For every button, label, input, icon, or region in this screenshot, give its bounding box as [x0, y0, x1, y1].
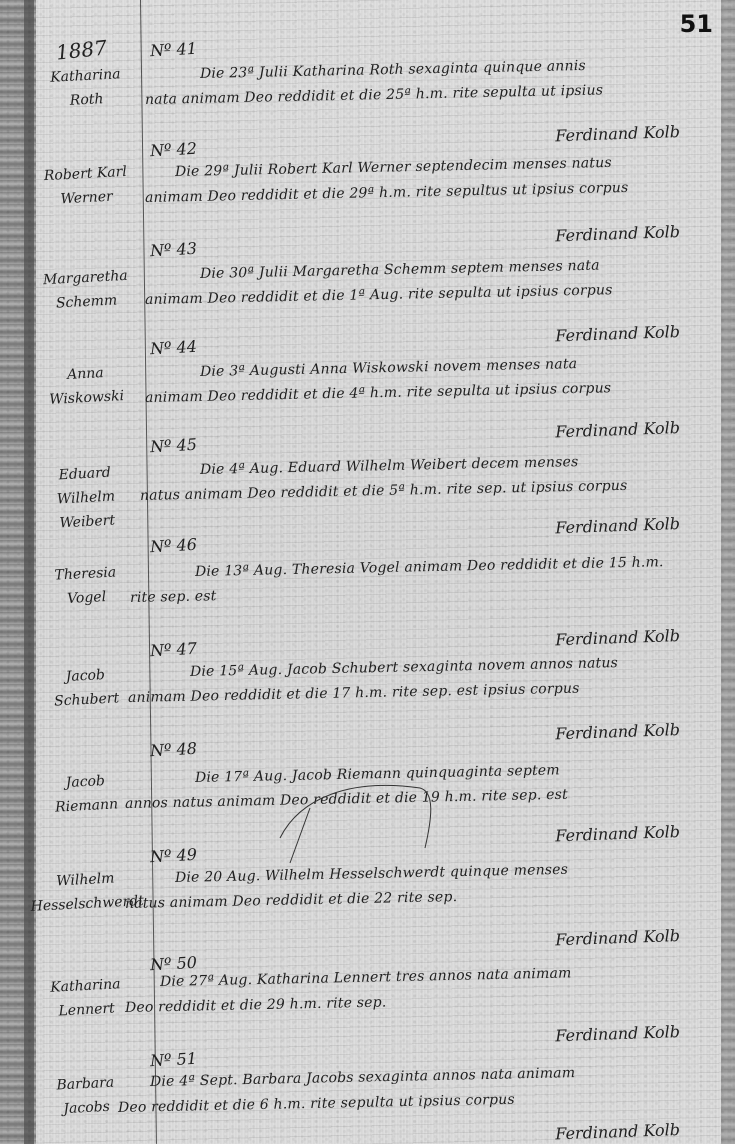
priest-signature: Ferdinand Kolb — [450, 1120, 681, 1144]
entry-margin-name: Katharina Lennert — [29, 971, 143, 1025]
entry-text-line: annos natus animam Deo reddidit et die 1… — [125, 787, 568, 812]
surname: Schubert — [30, 685, 143, 715]
page-number: 51 — [680, 10, 713, 38]
entry-margin-name: Eduard Wilhelm Weibert — [28, 459, 144, 537]
entry-margin-name: Jacob Riemann — [29, 767, 143, 821]
entry-margin-name: Katharina Roth — [29, 61, 143, 115]
entry-number: Nº 42 — [150, 139, 198, 160]
entry-margin-name: Theresia Vogel — [29, 559, 143, 613]
priest-signature: Ferdinand Kolb — [450, 1022, 681, 1049]
surname: Vogel — [30, 583, 143, 613]
page-right-edge — [721, 0, 735, 1144]
entry-margin-name: Anna Wiskowski — [29, 359, 143, 413]
entry-text-line: animam Deo reddidit et die 1ª Aug. rite … — [145, 282, 613, 308]
surname: Roth — [30, 85, 143, 115]
entry-margin-name: Robert Karl Werner — [29, 159, 143, 213]
priest-signature: Ferdinand Kolb — [450, 418, 681, 445]
entry-number: Nº 43 — [150, 239, 198, 260]
entry-text-line: Die 15ª Aug. Jacob Schubert sexaginta no… — [190, 655, 618, 680]
entry-text-line: Die 27ª Aug. Katharina Lennert tres anno… — [160, 965, 572, 990]
priest-signature: Ferdinand Kolb — [450, 626, 681, 653]
entry-number: Nº 45 — [150, 435, 198, 456]
entry-text-line: Die 4ª Aug. Eduard Wilhelm Weibert decem… — [200, 454, 579, 478]
entry-margin-name: Jacob Schubert — [29, 661, 143, 715]
entry-text-line: Die 3ª Augusti Anna Wiskowski novem mens… — [200, 356, 578, 380]
entry-text-line: Die 20 Aug. Wilhelm Hesselschwerdt quinq… — [175, 862, 568, 886]
priest-signature: Ferdinand Kolb — [450, 514, 681, 541]
register-year: 1887 — [55, 35, 108, 64]
entry-number: Nº 50 — [150, 953, 198, 974]
entry-text-line: natus animam Deo reddidit et die 22 rite… — [125, 889, 458, 912]
surname: Weibert — [31, 507, 144, 537]
priest-signature: Ferdinand Kolb — [450, 822, 681, 849]
entry-text-line: nata animam Deo reddidit et die 25ª h.m.… — [145, 82, 603, 108]
priest-signature: Ferdinand Kolb — [450, 322, 681, 349]
entry-text-line: animam Deo reddidit et die 17 h.m. rite … — [128, 681, 580, 706]
entry-text-line: Die 13ª Aug. Theresia Vogel animam Deo r… — [195, 554, 664, 580]
entry-text-line: Deo reddidit et die 6 h.m. rite sepulta … — [118, 1092, 515, 1116]
priest-signature: Ferdinand Kolb — [450, 926, 681, 953]
entry-text-line: rite sep. est — [130, 588, 217, 606]
entry-margin-name: Margaretha Schemm — [29, 263, 143, 317]
priest-signature: Ferdinand Kolb — [450, 222, 681, 249]
entry-text-line: Die 29ª Julii Robert Karl Werner septend… — [175, 155, 612, 180]
surname: Wiskowski — [30, 383, 143, 413]
entry-text-line: natus animam Deo reddidit et die 5ª h.m.… — [140, 478, 628, 504]
entry-number: Nº 49 — [150, 845, 198, 866]
entry-text-line: Die 4ª Sept. Barbara Jacobs sexaginta an… — [150, 1065, 576, 1090]
entry-text-line: animam Deo reddidit et die 29ª h.m. rite… — [145, 180, 629, 206]
priest-signature: Ferdinand Kolb — [450, 720, 681, 747]
entry-number: Nº 46 — [150, 535, 198, 556]
given-name: Eduard Wilhelm — [28, 459, 142, 513]
entry-text-line: animam Deo reddidit et die 4ª h.m. rite … — [145, 380, 612, 406]
entry-text-line: Die 17ª Aug. Jacob Riemann quinquaginta … — [195, 762, 560, 786]
entry-text-line: Die 23ª Julii Katharina Roth sexaginta q… — [200, 58, 586, 82]
entry-text-line: Deo reddidit et die 29 h.m. rite sep. — [125, 995, 387, 1016]
entry-number: Nº 44 — [150, 337, 198, 358]
entry-text-line: Die 30ª Julii Margaretha Schemm septem m… — [200, 258, 600, 282]
priest-signature: Ferdinand Kolb — [450, 122, 681, 149]
register-page: 51 1887 Katharina Roth Nº 41 Die 23ª Jul… — [0, 0, 735, 1144]
entry-number: Nº 51 — [150, 1049, 198, 1070]
entry-number: Nº 41 — [150, 39, 198, 60]
entry-number: Nº 47 — [150, 639, 198, 660]
entry-number: Nº 48 — [150, 739, 198, 760]
